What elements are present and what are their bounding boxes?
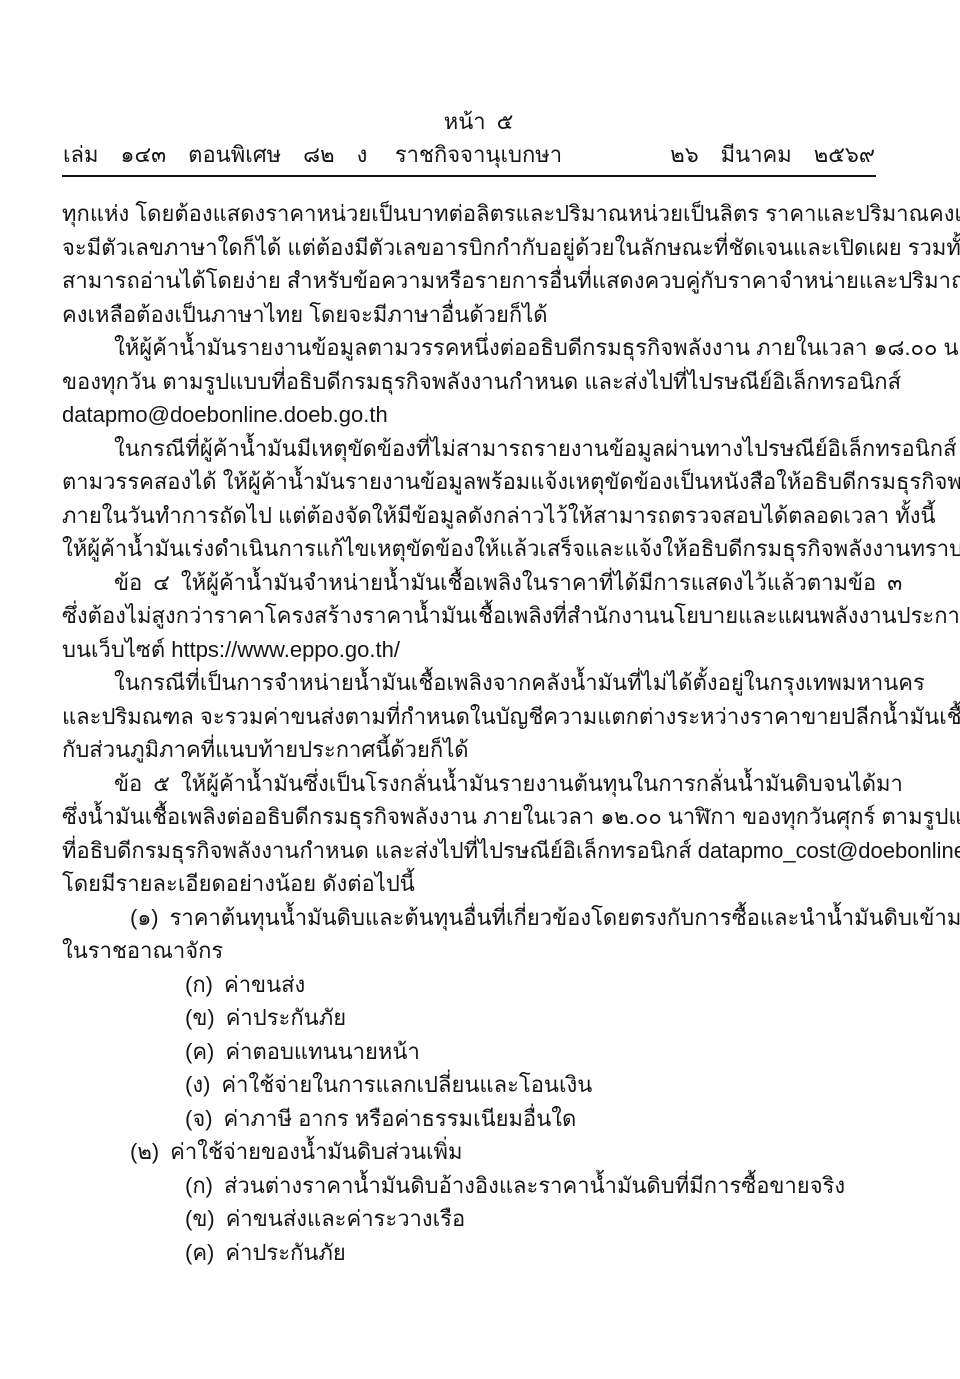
sub-item-line: (ข) ค่าประกันภัย xyxy=(62,1001,895,1035)
volume-issue-label: เล่ม ๑๔๓ ตอนพิเศษ ๘๒ ง xyxy=(63,138,367,172)
text-line: จะมีตัวเลขภาษาใดก็ได้ แต่ต้องมีตัวเลขอาร… xyxy=(62,231,895,265)
text-line: ในกรณีที่เป็นการจำหน่ายน้ำมันเชื้อเพลิงจ… xyxy=(62,666,895,700)
text-line: ตามวรรคสองได้ ให้ผู้ค้าน้ำมันรายงานข้อมู… xyxy=(62,465,895,499)
document-body: ทุกแห่ง โดยต้องแสดงราคาหน่วยเป็นบาทต่อลิ… xyxy=(62,197,895,1269)
text-line: ในกรณีที่ผู้ค้าน้ำมันมีเหตุขัดข้องที่ไม่… xyxy=(62,432,895,466)
sub-item-line: (ค) ค่าประกันภัย xyxy=(62,1236,895,1270)
page-header: หน้า ๕ เล่ม ๑๔๓ ตอนพิเศษ ๘๒ ง ราชกิจจานุ… xyxy=(62,106,895,177)
text-line: สามารถอ่านได้โดยง่าย สำหรับข้อความหรือรา… xyxy=(62,264,895,298)
sub-item-line: (ค) ค่าตอบแทนนายหน้า xyxy=(62,1035,895,1069)
gazette-title: ราชกิจจานุเบกษา xyxy=(395,138,562,172)
item-2-start: (๒) ค่าใช้จ่ายของน้ำมันดิบส่วนเพิ่ม xyxy=(62,1135,895,1169)
text-line: กับส่วนภูมิภาคที่แนบท้ายประกาศนี้ด้วยก็ไ… xyxy=(62,733,895,767)
sub-item-line: (ก) ค่าขนส่ง xyxy=(62,968,895,1002)
sub-item-line: (ก) ส่วนต่างราคาน้ำมันดิบอ้างอิงและราคาน… xyxy=(62,1169,895,1203)
email-address: datapmo@doebonline.doeb.go.th xyxy=(62,398,895,432)
header-row: เล่ม ๑๔๓ ตอนพิเศษ ๘๒ ง ราชกิจจานุเบกษา ๒… xyxy=(62,138,895,172)
sub-item-line: (ข) ค่าขนส่งและค่าระวางเรือ xyxy=(62,1202,895,1236)
text-line: ซึ่งต้องไม่สูงกว่าราคาโครงสร้างราคาน้ำมั… xyxy=(62,599,895,633)
text-line: ของทุกวัน ตามรูปแบบที่อธิบดีกรมธุรกิจพลั… xyxy=(62,365,895,399)
text-line: และปริมณฑล จะรวมค่าขนส่งตามที่กำหนดในบัญ… xyxy=(62,700,895,734)
text-line: ภายในวันทำการถัดไป แต่ต้องจัดให้มีข้อมูล… xyxy=(62,499,895,533)
header-divider xyxy=(62,175,876,177)
clause-5-start: ข้อ ๕ ให้ผู้ค้าน้ำมันซึ่งเป็นโรงกลั่นน้ำ… xyxy=(62,767,895,801)
gazette-page: หน้า ๕ เล่ม ๑๔๓ ตอนพิเศษ ๘๒ ง ราชกิจจานุ… xyxy=(0,0,960,1379)
text-line: ให้ผู้ค้าน้ำมันเร่งดำเนินการแก้ไขเหตุขัด… xyxy=(62,532,895,566)
text-line: คงเหลือต้องเป็นภาษาไทย โดยจะมีภาษาอื่นด้… xyxy=(62,298,895,332)
item-1-start: (๑) ราคาต้นทุนน้ำมันดิบและต้นทุนอื่นที่เ… xyxy=(62,901,895,935)
clause-4-start: ข้อ ๔ ให้ผู้ค้าน้ำมันจำหน่ายน้ำมันเชื้อเ… xyxy=(62,566,895,600)
text-line: ให้ผู้ค้าน้ำมันรายงานข้อมูลตามวรรคหนึ่งต… xyxy=(62,331,895,365)
text-line: ทุกแห่ง โดยต้องแสดงราคาหน่วยเป็นบาทต่อลิ… xyxy=(62,197,895,231)
text-line: ซึ่งน้ำมันเชื้อเพลิงต่ออธิบดีกรมธุรกิจพล… xyxy=(62,800,895,834)
text-line: ในราชอาณาจักร xyxy=(62,934,895,968)
website-url: บนเว็บไซต์ https://www.eppo.go.th/ xyxy=(62,633,895,667)
email-address-cost: ที่อธิบดีกรมธุรกิจพลังงานกำหนด และส่งไปท… xyxy=(62,834,895,868)
publication-date: ๒๖ มีนาคม ๒๕๖๙ xyxy=(670,138,875,172)
text-line: โดยมีรายละเอียดอย่างน้อย ดังต่อไปนี้ xyxy=(62,867,895,901)
sub-item-line: (จ) ค่าภาษี อากร หรือค่าธรรมเนียมอื่นใด xyxy=(62,1102,895,1136)
sub-item-line: (ง) ค่าใช้จ่ายในการแลกเปลี่ยนและโอนเงิน xyxy=(62,1068,895,1102)
page-number-label: หน้า ๕ xyxy=(62,106,895,138)
